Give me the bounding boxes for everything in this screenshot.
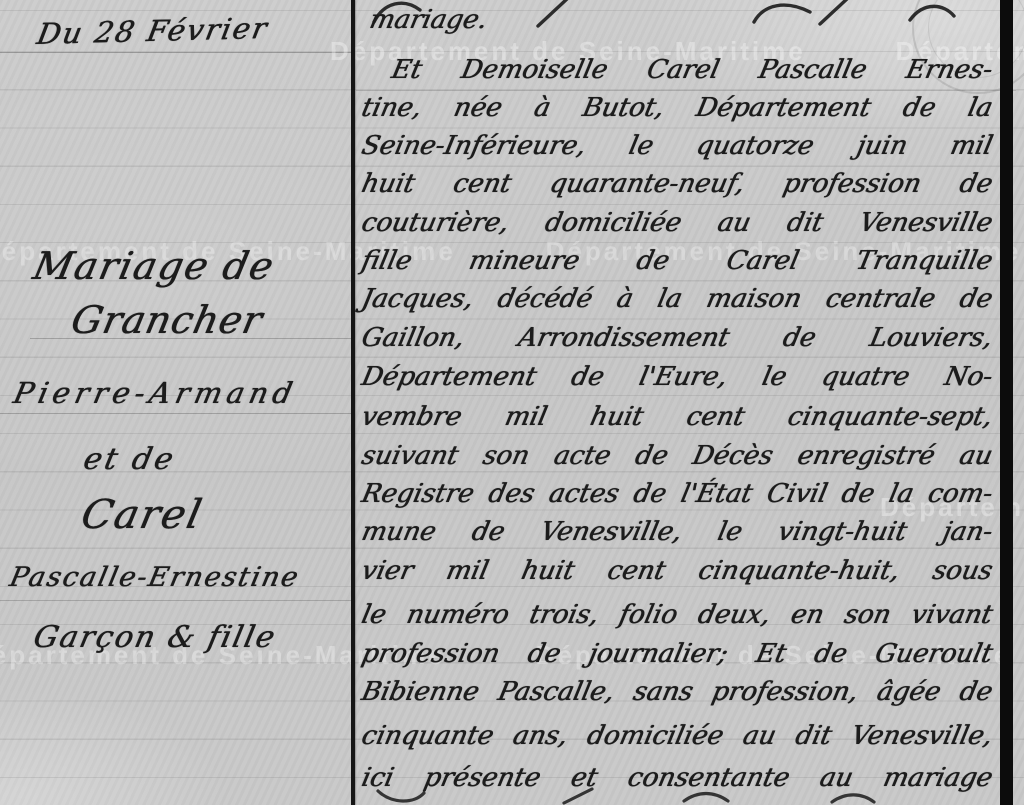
act-text-column: mariage. Et Demoiselle Carel Pascalle Er… xyxy=(362,0,992,805)
act-text-line: profession de journalier; Et de Gueroult xyxy=(358,634,997,674)
act-text-line: couturière, domiciliée au dit Venesville xyxy=(358,203,997,243)
page-right-border xyxy=(1000,0,1013,805)
margin-note-line: Pascalle-Ernestine xyxy=(7,562,303,593)
act-text-line: tine, née à Butot, Département de la xyxy=(358,88,997,128)
act-text-line: Bibienne Pascalle, sans profession, âgée… xyxy=(358,672,997,712)
act-text-line: vier mil huit cent cinquante-huit, sous xyxy=(358,551,997,591)
act-text-line: Seine-Inférieure, le quatorze juin mil xyxy=(358,126,997,166)
act-text-line: huit cent quarante-neuf, profession de xyxy=(358,164,997,204)
margin-note-line: Grancher xyxy=(67,298,266,342)
act-text-line: Gaillon, Arrondissement de Louviers, xyxy=(358,318,997,358)
cutoff-line-bottom-strokes xyxy=(362,788,992,805)
margin-note-line: Pierre-Armand xyxy=(10,376,300,410)
margin-note-line: Garçon & fille xyxy=(30,620,279,655)
act-text-line: Département de l'Eure, le quatre No- xyxy=(358,357,997,397)
column-divider-line xyxy=(351,0,355,805)
margin-date: Du 28 Février xyxy=(34,11,271,51)
margin-note-line: et de xyxy=(80,442,179,477)
act-text-line: cinquante ans, domiciliée au dit Venesvi… xyxy=(358,716,997,756)
margin-column: Du 28 Février Mariage de Grancher Pierre… xyxy=(0,0,352,805)
act-text-line: mariage. xyxy=(358,0,1005,40)
register-page-scan: Département de Seine-MaritimeDépartement… xyxy=(0,0,1024,805)
margin-note-line: Mariage de xyxy=(29,244,279,288)
act-text-line: mune de Venesville, le vingt-huit jan- xyxy=(358,512,997,552)
act-text-line: Jacques, décédé à la maison centrale de xyxy=(358,279,997,319)
act-text-line: le numéro trois, folio deux, en son viva… xyxy=(358,595,997,635)
act-text-line: fille mineure de Carel Tranquille xyxy=(358,241,997,281)
act-text-line: suivant son acte de Décès enregistré au xyxy=(358,436,997,476)
act-text-line: Registre des actes de l'État Civil de la… xyxy=(358,474,997,514)
act-text-line: Et Demoiselle Carel Pascalle Ernes- xyxy=(358,50,997,90)
act-text-line: vembre mil huit cent cinquante-sept, xyxy=(358,397,997,437)
margin-note-line: Carel xyxy=(77,492,207,538)
